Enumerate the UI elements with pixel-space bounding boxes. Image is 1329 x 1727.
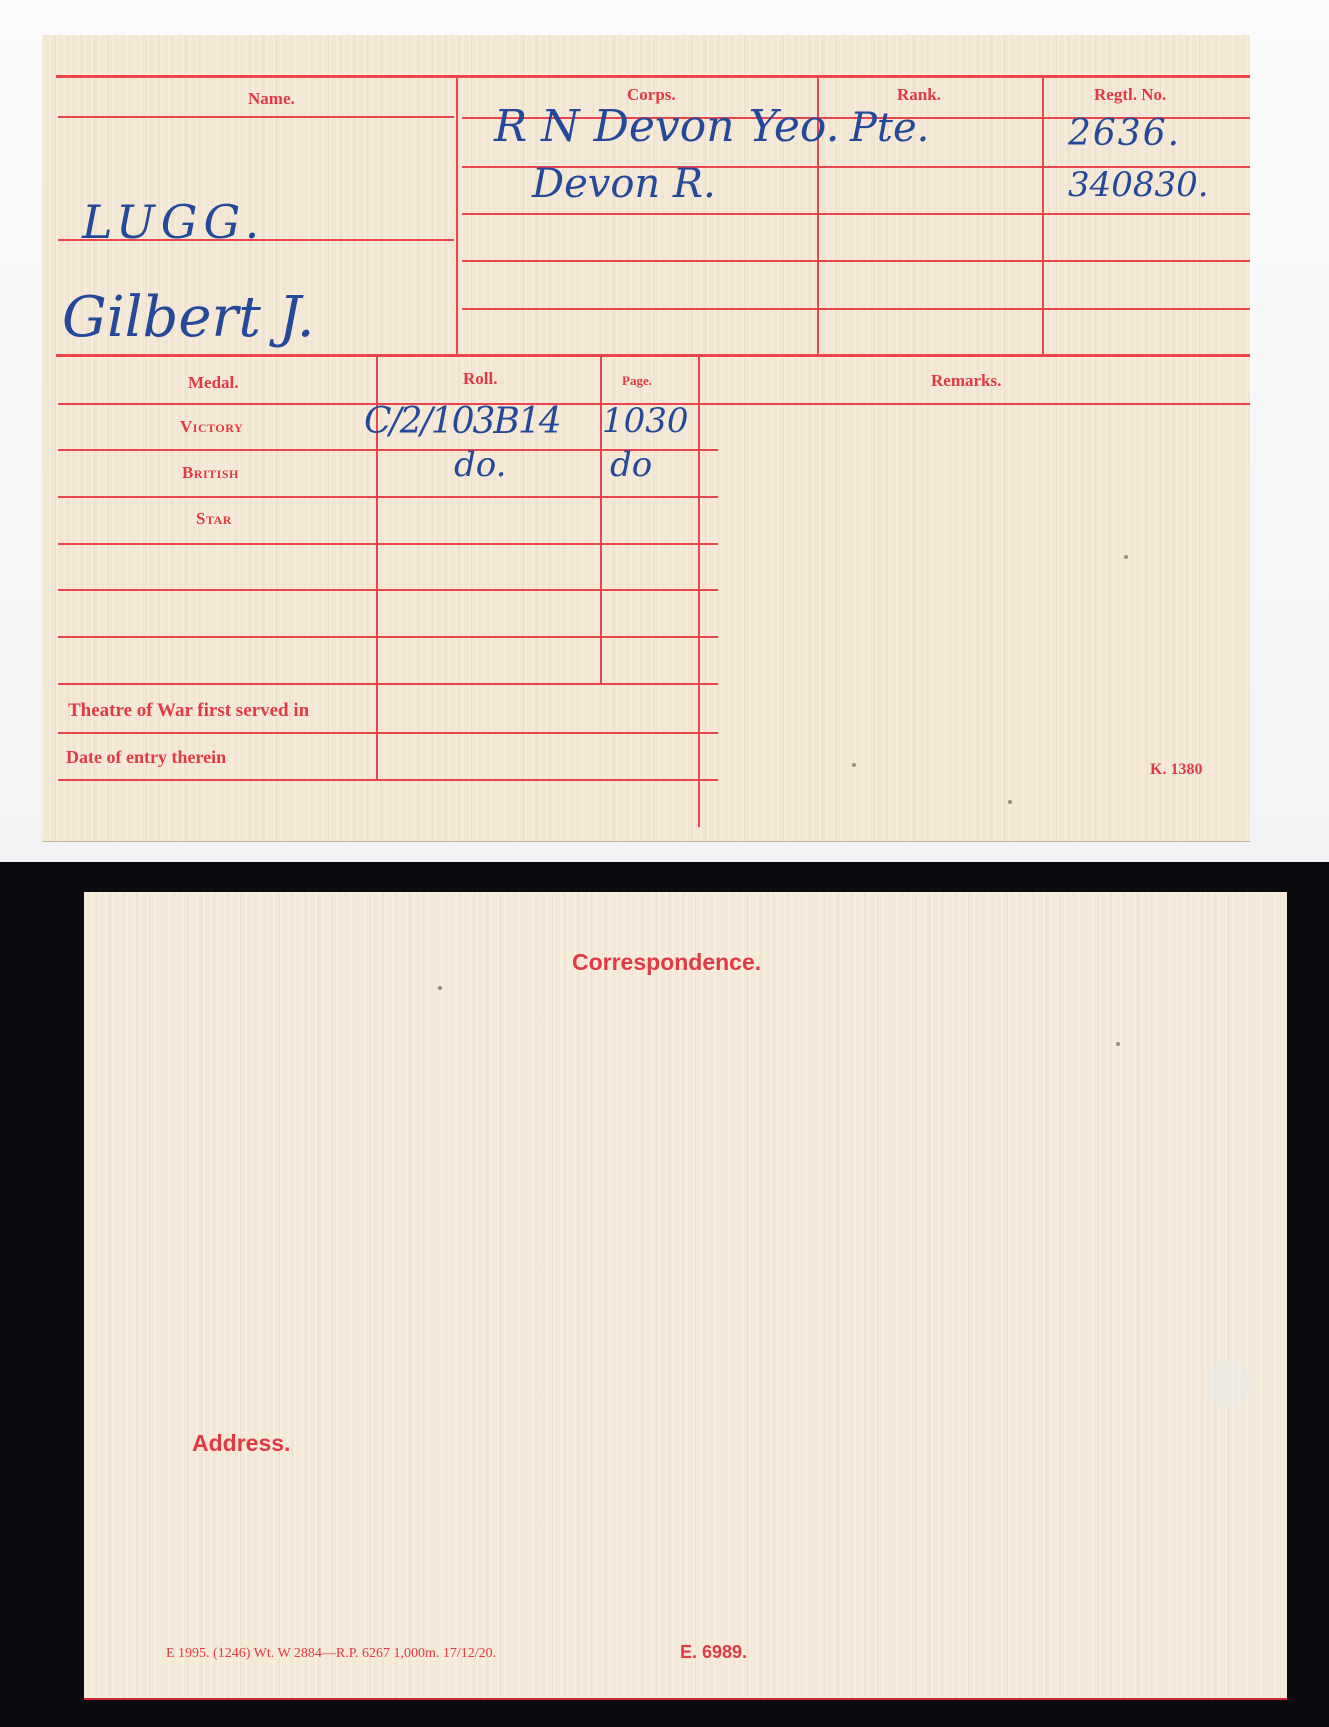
handwritten-corps-1: R N Devon Yeo. (494, 101, 840, 152)
handwritten-british-page: do (610, 445, 652, 485)
printer-imprint: E 1995. (1246) Wt. W 2884—R.P. 6267 1,00… (166, 1646, 496, 1662)
rule (462, 308, 1250, 310)
rule-top (56, 75, 1250, 78)
address-heading: Address. (192, 1430, 290, 1457)
theatre-of-war-label: Theatre of War first served in (68, 700, 309, 722)
handwritten-victory-roll: C/2/103B14 (364, 401, 560, 442)
rule (462, 260, 1250, 262)
handwritten-victory-page: 1030 (602, 401, 689, 441)
header-rank: Rank. (897, 85, 941, 105)
paper-speck (1008, 800, 1012, 804)
header-remarks: Remarks. (931, 371, 1001, 391)
rule (58, 683, 718, 685)
rule (58, 589, 718, 591)
paper-speck (438, 986, 442, 990)
header-medal: Medal. (188, 373, 239, 393)
paper-speck (1124, 555, 1128, 559)
medal-row-british: British (182, 463, 239, 483)
header-roll: Roll. (463, 369, 497, 389)
rule (58, 636, 718, 638)
header-regtl-no: Regtl. No. (1094, 85, 1166, 105)
rule (58, 116, 454, 118)
handwritten-surname: LUGG. (82, 195, 265, 249)
medal-index-card-back: Correspondence. Address. E 1995. (1246) … (84, 892, 1287, 1700)
printer-code: E. 6989. (680, 1642, 747, 1663)
medal-row-victory: Victory (180, 417, 243, 437)
correspondence-heading: Correspondence. (572, 949, 761, 976)
paper-speck (1116, 1042, 1120, 1046)
rule-vertical (456, 78, 458, 354)
rule-vertical (1042, 78, 1044, 354)
handwritten-rank: Pte. (850, 105, 929, 151)
form-number: K. 1380 (1150, 761, 1202, 779)
header-name: Name. (248, 89, 295, 109)
handwritten-corps-2: Devon R. (532, 161, 716, 207)
rule-mid (56, 354, 1250, 357)
handwritten-regtl-no-2: 340830. (1068, 165, 1209, 205)
date-of-entry-label: Date of entry therein (66, 747, 226, 768)
handwritten-forename: Gilbert J. (62, 285, 315, 350)
medal-row-star: Star (196, 509, 232, 529)
rule (58, 543, 718, 545)
rule (58, 496, 718, 498)
rule (58, 779, 718, 781)
stain (1204, 1360, 1252, 1408)
header-page: Page. (622, 373, 652, 389)
rule (462, 213, 1250, 215)
handwritten-regtl-no-1: 2636. (1068, 113, 1181, 154)
paper-speck (852, 763, 856, 767)
handwritten-british-roll: do. (454, 445, 506, 485)
rule-vertical (698, 357, 700, 827)
medal-index-card-front: Name. Corps. Rank. Regtl. No. Medal. Rol… (42, 35, 1250, 841)
rule (58, 732, 718, 734)
